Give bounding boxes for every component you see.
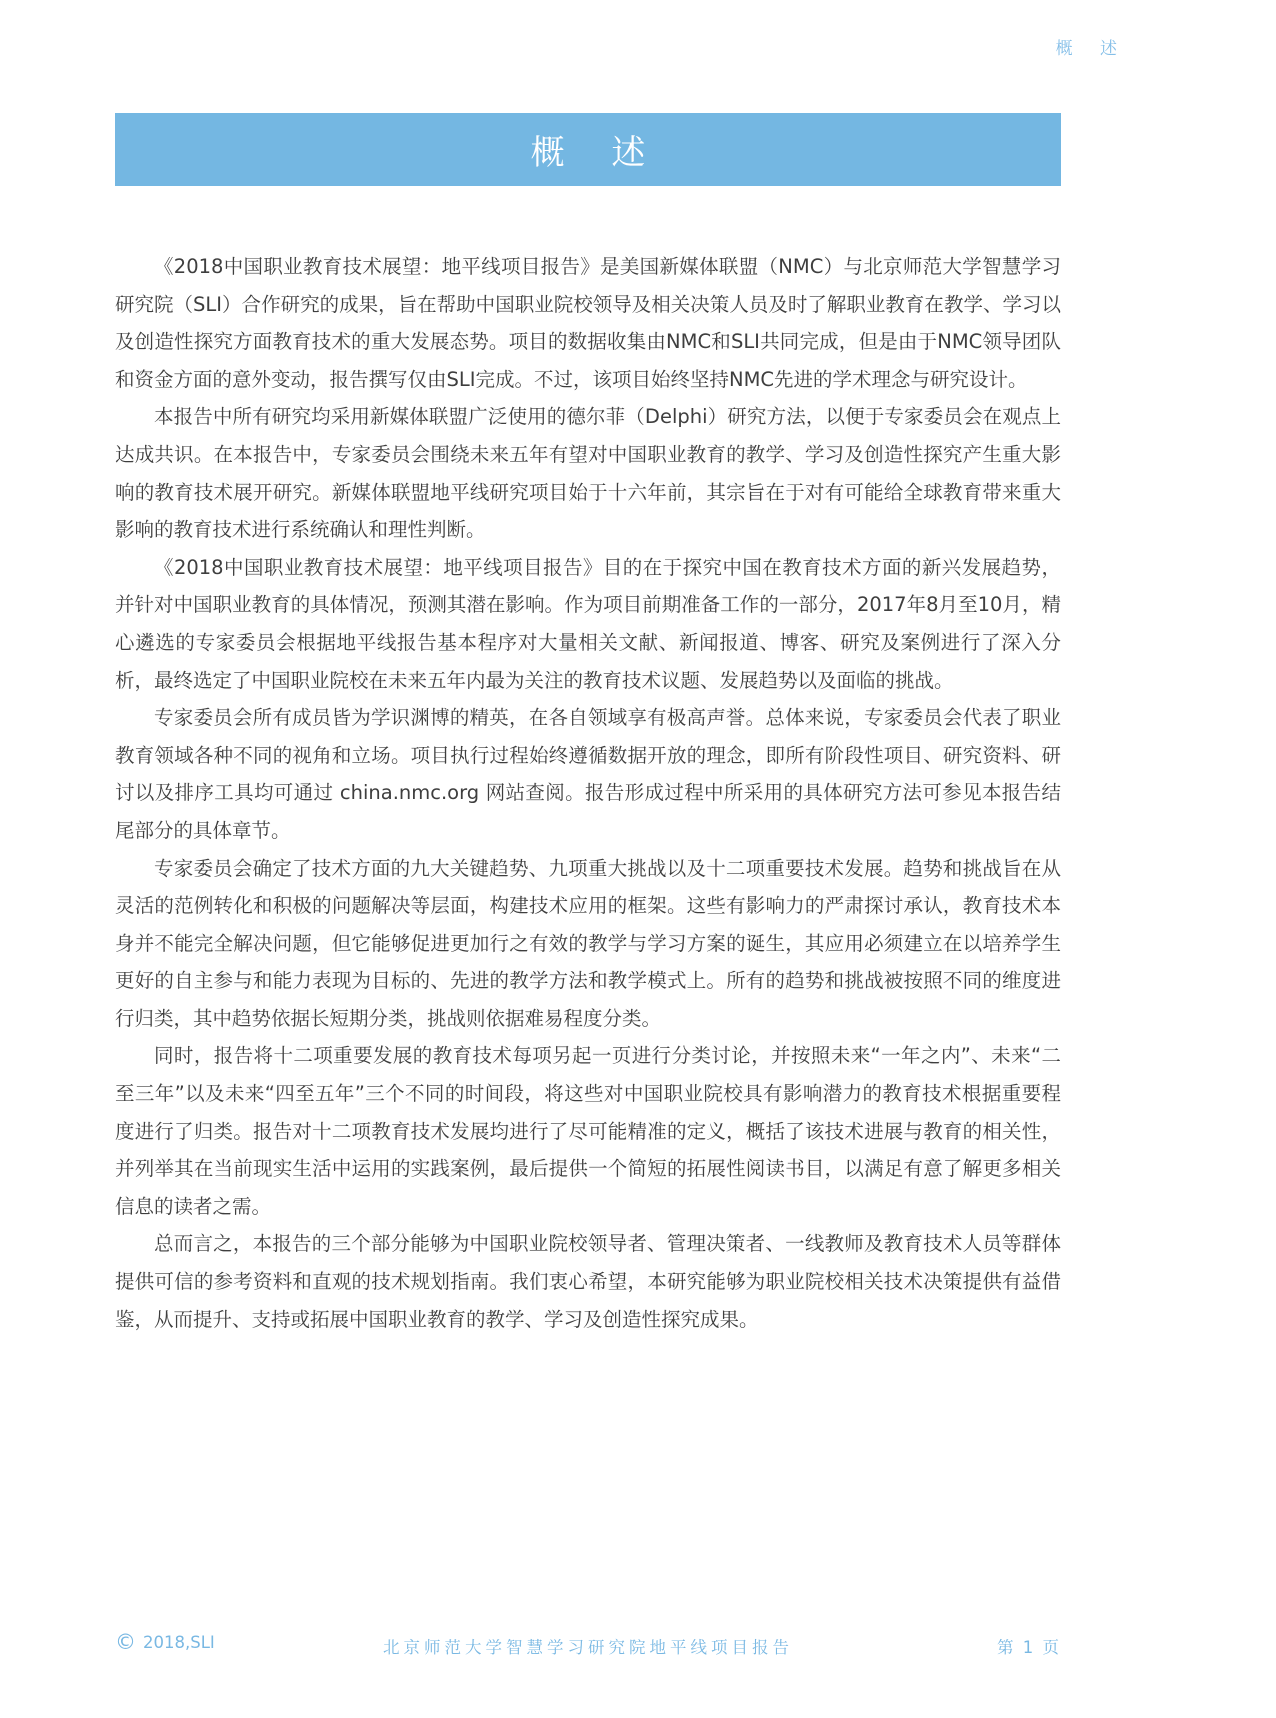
body-paragraph: 专家委员会所有成员皆为学识渊博的精英，在各自领域享有极高声誉。总体来说，专家委员… — [115, 699, 1061, 849]
section-banner: 概 述 — [115, 113, 1061, 186]
section-title: 概 述 — [513, 125, 664, 174]
footer-report-title: 北京师范大学智慧学习研究院地平线项目报告 — [115, 1634, 1061, 1658]
body-paragraph: 专家委员会确定了技术方面的九大关键趋势、九项重大挑战以及十二项重要技术发展。趋势… — [115, 850, 1061, 1038]
body-paragraph: 总而言之，本报告的三个部分能够为中国职业院校领导者、管理决策者、一线教师及教育技… — [115, 1225, 1061, 1338]
page-footer: © 2018,SLI 北京师范大学智慧学习研究院地平线项目报告 第 1 页 — [115, 1632, 1061, 1658]
report-page: 概 述 概 述 《2018中国职业教育技术展望：地平线项目报告》是美国新媒体联盟… — [0, 0, 1276, 1718]
body-paragraph: 《2018中国职业教育技术展望：地平线项目报告》是美国新媒体联盟（NMC）与北京… — [115, 248, 1061, 398]
body-paragraph: 同时，报告将十二项重要发展的教育技术每项另起一页进行分类讨论，并按照未来“一年之… — [115, 1037, 1061, 1225]
footer-page-number: 第 1 页 — [997, 1634, 1061, 1658]
running-head: 概 述 — [1056, 34, 1128, 59]
body-paragraph: 本报告中所有研究均采用新媒体联盟广泛使用的德尔菲（Delphi）研究方法，以便于… — [115, 398, 1061, 548]
body-paragraph: 《2018中国职业教育技术展望：地平线项目报告》目的在于探究中国在教育技术方面的… — [115, 549, 1061, 699]
body-text: 《2018中国职业教育技术展望：地平线项目报告》是美国新媒体联盟（NMC）与北京… — [115, 248, 1061, 1338]
